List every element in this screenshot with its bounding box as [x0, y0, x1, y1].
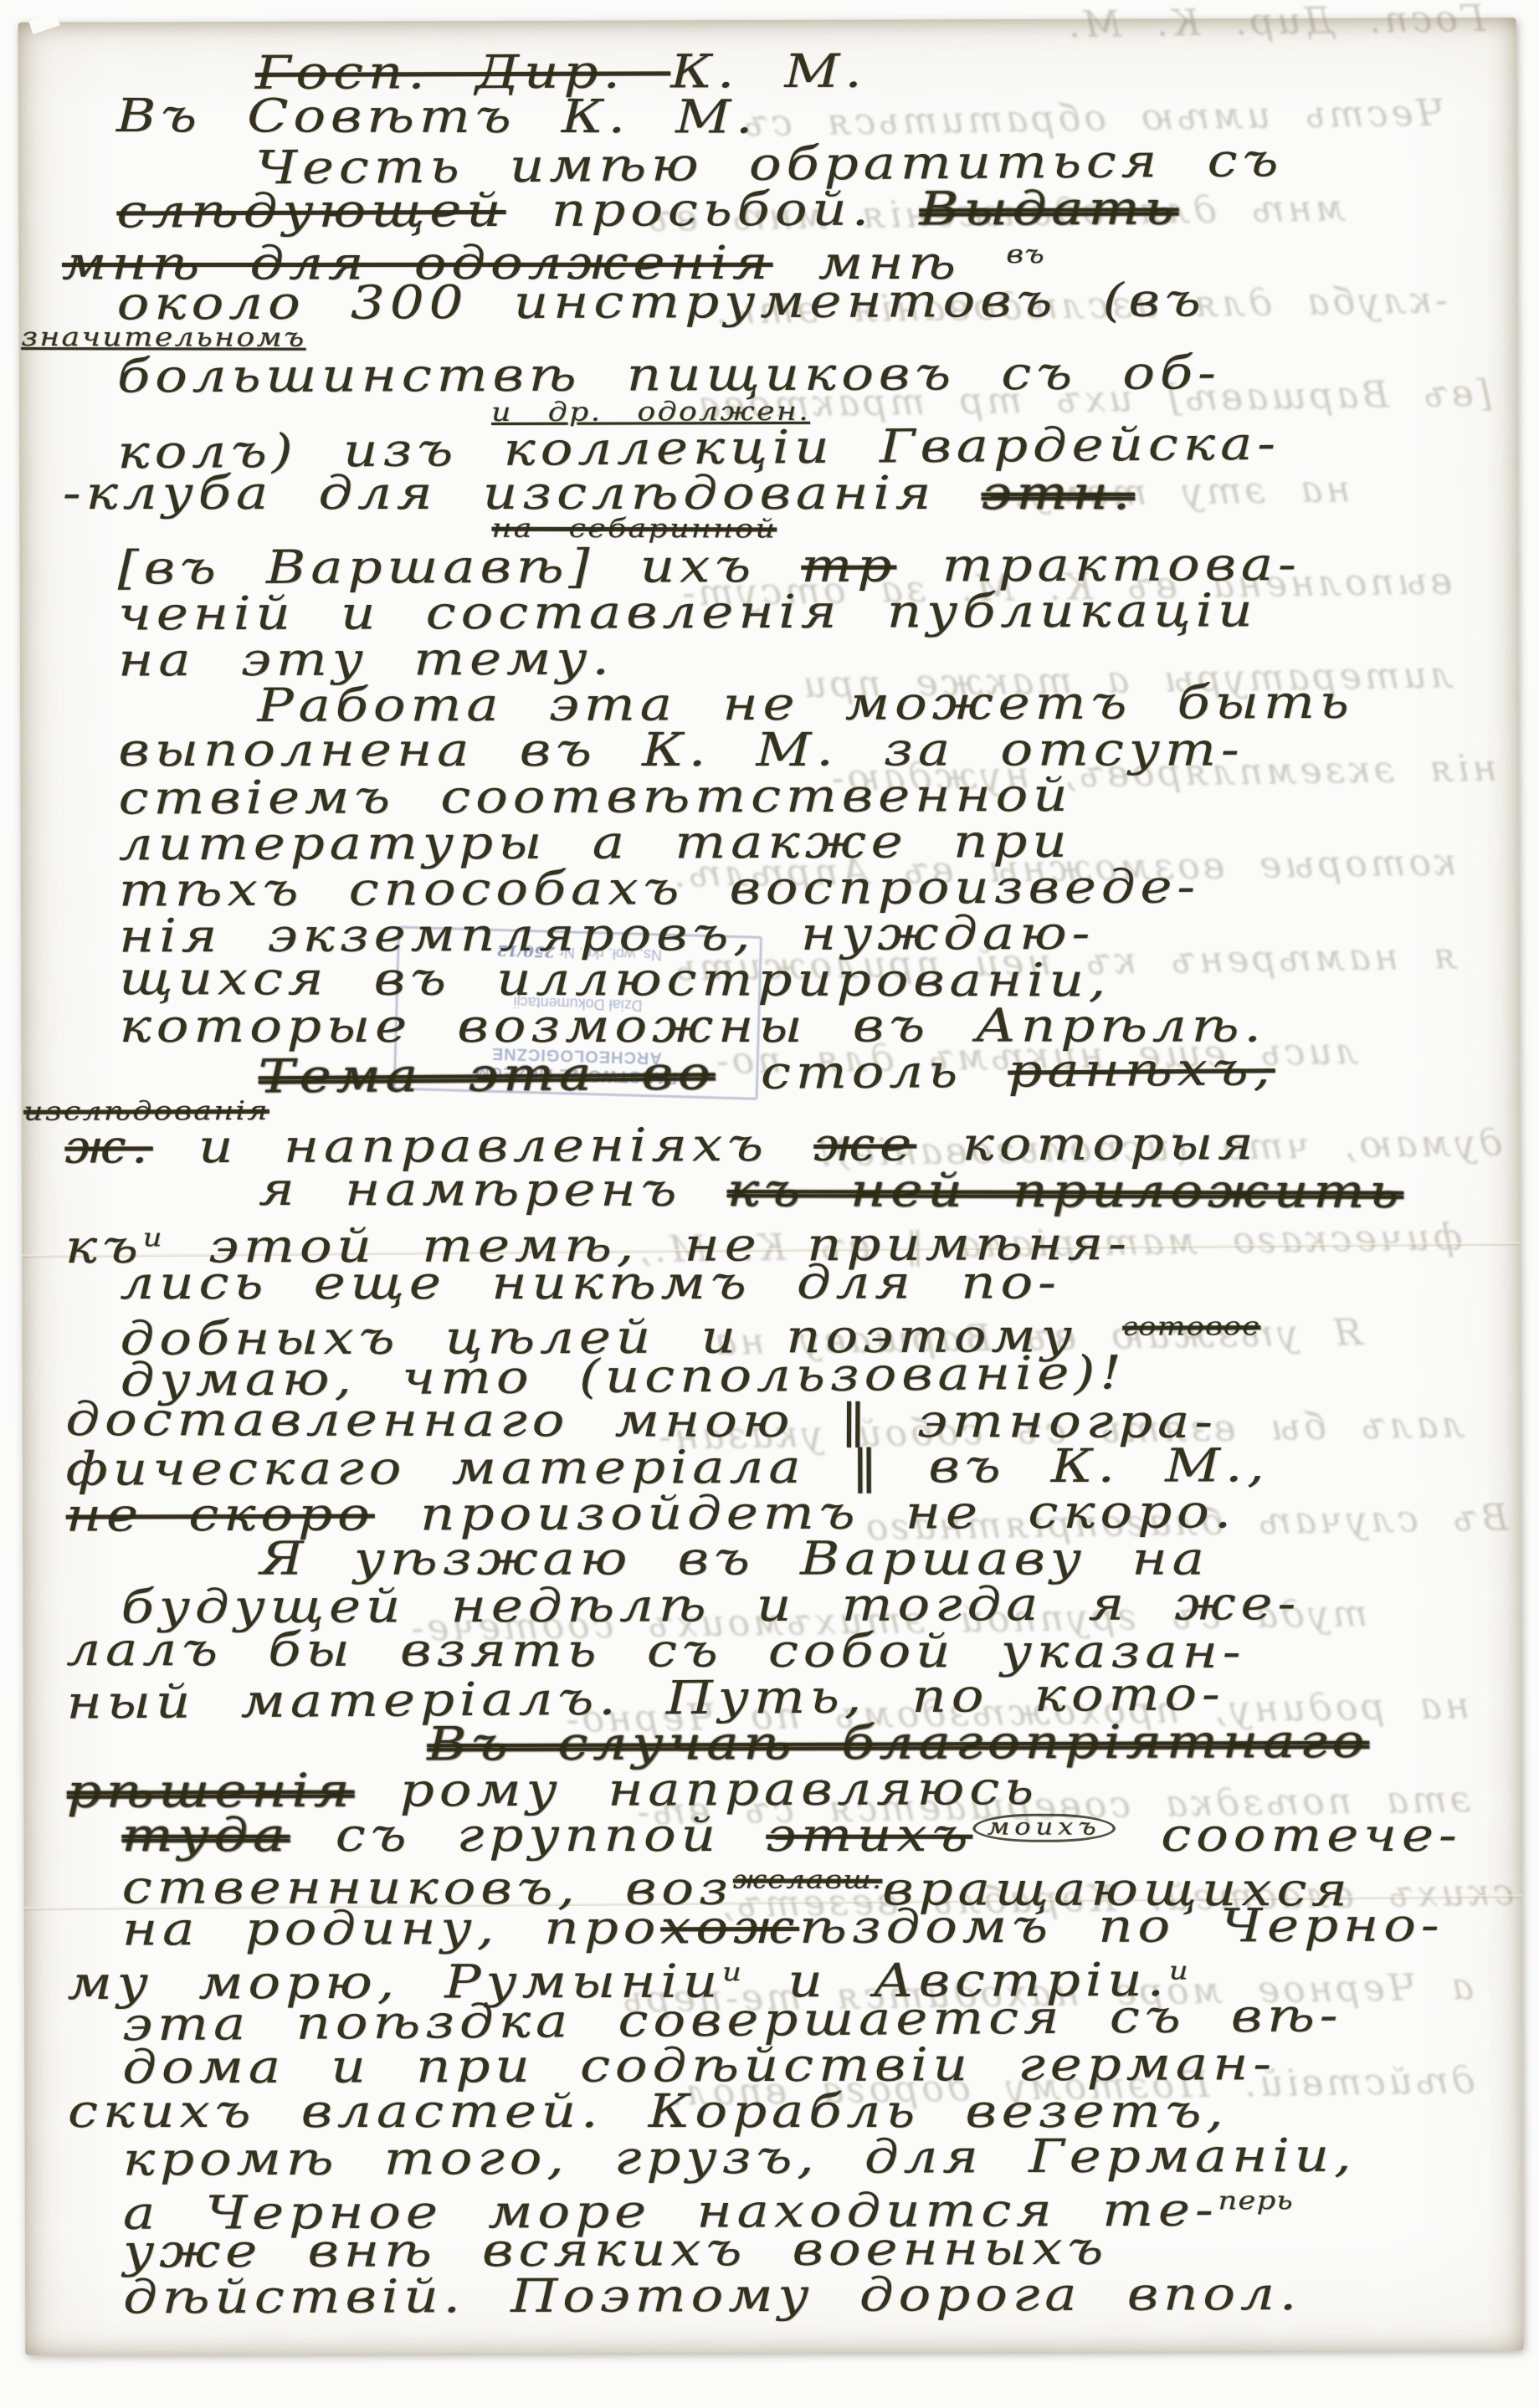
- handwritten-text: ственниковъ, воз: [122, 1860, 733, 1915]
- manuscript-line: скихъ властей. Корабль везетъ,: [68, 2090, 1539, 2136]
- manuscript-line: ченій и составленія публикаціи: [118, 588, 1539, 638]
- handwritten-text: я намѣренъ: [259, 1162, 727, 1217]
- handwritten-text: доставленнаго мною ‖ этногра-: [65, 1392, 1218, 1448]
- manuscript-line: дѣйствій. Поэтому дорога впол.: [123, 2272, 1539, 2322]
- struck-text: Выдать: [919, 181, 1178, 235]
- struck-text: желавш.: [733, 1865, 883, 1894]
- manuscript-line: которые возможны въ Апрѣлѣ.: [119, 1005, 1539, 1051]
- handwritten-text: и: [722, 1958, 742, 1987]
- manuscript-line: большинствѣ пищиковъ съ об-: [117, 351, 1539, 401]
- handwritten-text: дѣйствій. Поэтому дорога впол.: [123, 2267, 1301, 2323]
- handwritten-text: мнѣ: [772, 236, 1006, 289]
- manuscript-line: Я уѣзжаю въ Варшаву на: [260, 1537, 1539, 1583]
- handwritten-text: столь: [715, 1044, 1008, 1100]
- handwritten-text: вращающихся: [882, 1862, 1352, 1916]
- handwritten-text: значительномъ: [21, 322, 305, 353]
- struck-text: этн.: [982, 466, 1135, 520]
- manuscript-line: Тема эта во столь ранѣхъ,: [259, 1046, 1539, 1102]
- manuscript-line: кромѣ того, грузъ, для Германіи,: [123, 2134, 1539, 2184]
- handwritten-text: съ группой: [290, 1808, 766, 1862]
- handwritten-text: лись еще никѣмъ для по-: [120, 1256, 1060, 1309]
- scanned-manuscript: { "page": { "scan_background": "#fbfbfa"…: [0, 0, 1539, 2408]
- inserted-word-line: значительномъ: [21, 325, 1539, 355]
- handwritten-text: въ: [1006, 240, 1045, 269]
- struck-text: готовое: [1122, 1312, 1260, 1342]
- handwritten-text: выполнена въ К. М. за отсут-: [118, 723, 1244, 776]
- manuscript-text: Госп. Дир. К. М.Въ Совѣтъ К. М.Честь имѣ…: [99, 48, 1539, 2322]
- inserted-word-line: на себаринной: [491, 516, 1539, 546]
- handwritten-text: моихъ: [972, 1814, 1116, 1842]
- handwritten-text: ный матеріалъ. Путь, по кото-: [66, 1667, 1225, 1729]
- manuscript-line: лись еще никѣмъ для по-: [120, 1262, 1539, 1308]
- manuscript-line: -клуба для изслѣдованія этн.: [63, 472, 1539, 518]
- handwritten-text: и: [143, 1223, 163, 1253]
- manuscript-line: выполнена въ К. М. за отсут-: [118, 729, 1539, 775]
- handwritten-text: -клуба для изслѣдованія: [63, 466, 982, 520]
- handwritten-text: перь: [1218, 2186, 1293, 2216]
- handwritten-text: эта поѣздка совершается съ вѣ-: [122, 1988, 1343, 2051]
- manuscript-line: эта поѣздка совершается съ вѣ-: [122, 1992, 1539, 2049]
- struck-text: Тема эта во: [258, 1046, 715, 1103]
- struck-text: этихъ: [766, 1808, 972, 1862]
- manuscript-line: я намѣренъ къ ней приложить: [259, 1168, 1539, 1217]
- manuscript-line: туда съ группой этихъмоихъ соотече-: [121, 1814, 1539, 1860]
- handwritten-text: большинствѣ пищиковъ съ об-: [117, 346, 1221, 402]
- manuscript-page: Госп. Дир. К. М.Честь имѣю обратиться съ…: [18, 18, 1524, 2355]
- struck-text: ж.: [64, 1119, 153, 1173]
- manuscript-line: доставленнаго мною ‖ этногра-: [65, 1398, 1539, 1447]
- handwritten-text: Я уѣзжаю въ Варшаву на: [260, 1531, 1209, 1585]
- struck-text: мнѣ для одолженія: [62, 236, 773, 289]
- manuscript-line: мнѣ для одолженія мнѣ въ: [62, 234, 1539, 280]
- handwritten-text: соотече-: [1116, 1808, 1462, 1862]
- handwritten-text: Въ Совѣтъ К. М.: [116, 89, 758, 144]
- manuscript-line: ственниковъ, возжелавш.вращающихся: [122, 1858, 1539, 1908]
- struck-text: на себаринной: [491, 514, 777, 545]
- handwritten-text: Честь имѣю обратиться съ: [255, 133, 1283, 194]
- struck-text: ранѣхъ,: [1008, 1042, 1275, 1097]
- struck-text: къ ней приложить: [727, 1163, 1404, 1218]
- handwritten-text: и: [1169, 1956, 1189, 1985]
- handwritten-text: скихъ властей. Корабль везетъ,: [68, 2084, 1229, 2138]
- manuscript-line: Честь имѣю обратиться съ: [255, 137, 1539, 193]
- struck-text: туда: [121, 1808, 290, 1862]
